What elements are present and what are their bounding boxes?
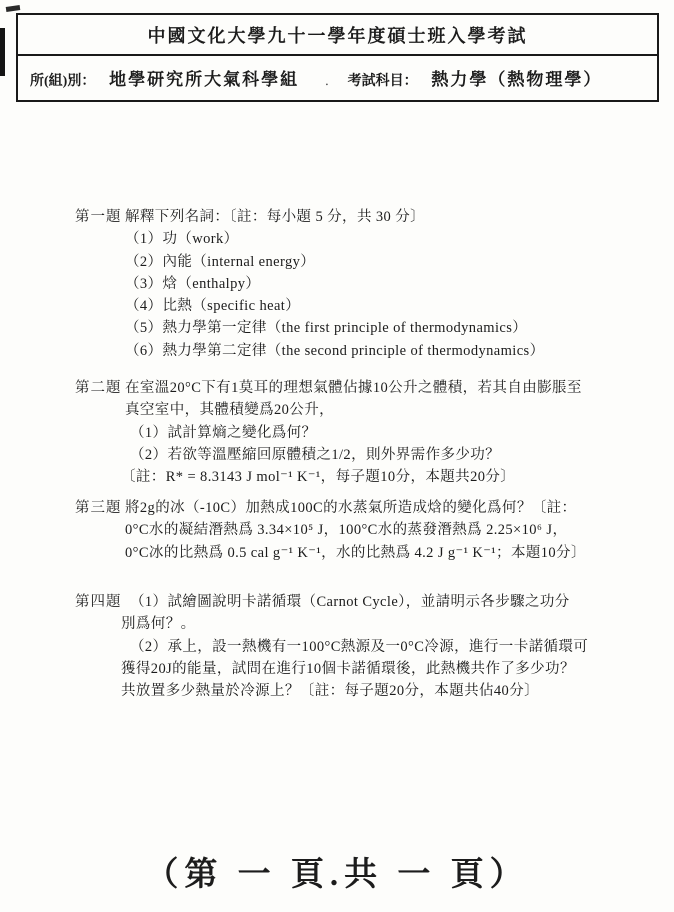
dept-group-value: 地學研究所大氣科學組 [109,70,299,89]
question-4: 第四題 （1）試繪圖說明卡諾循環（Carnot Cycle），並請明示各步驟之功… [75,591,640,702]
question-1-item-1: （1）功（work） [125,228,640,250]
question-4-item-1-cont: 別爲何？。 [121,613,640,635]
page-number-footer: （第 一 頁.共 一 頁） [0,848,674,895]
question-4-item-2-cont2: 共放置多少熱量於冷源上？〔註：每子題20分，本題共佔40分〕 [121,680,640,702]
question-2-item-2: （2）若欲等溫壓縮回原體積之1/2，則外界需作多少功？ [125,444,640,466]
question-2-body: 在室溫20°C下有1莫耳的理想氣體佔據10公升之體積，若其自由膨脹至 真空室中，… [125,377,640,488]
question-1-number: 第一題 [75,206,125,362]
question-1-body: 解釋下列名詞：〔註：每小題 5 分，共 30 分〕 （1）功（work） （2）… [125,206,640,362]
question-1-intro: 解釋下列名詞：〔註：每小題 5 分，共 30 分〕 [125,206,640,228]
question-3: 第三題 將2g的冰（-10C）加熱成100C的水蒸氣所造成焓的變化爲何？〔註： … [75,497,640,564]
question-4-body: （1）試繪圖說明卡諾循環（Carnot Cycle），並請明示各步驟之功分 別爲… [125,591,640,702]
question-3-number: 第三題 [75,497,125,564]
subject-value: 熱力學（熱物理學） [431,70,602,89]
question-3-line-3: 0°C冰的比熱爲 0.5 cal g⁻¹ K⁻¹，水的比熱爲 4.2 J g⁻¹… [125,542,640,564]
question-3-body: 將2g的冰（-10C）加熱成100C的水蒸氣所造成焓的變化爲何？〔註： 0°C水… [125,497,640,564]
question-4-item-1: （1）試繪圖說明卡諾循環（Carnot Cycle），並請明示各步驟之功分 [125,591,640,613]
question-1-item-6: （6）熱力學第二定律（the second principle of therm… [125,340,640,362]
question-1-item-5: （5）熱力學第一定律（the first principle of thermo… [125,317,640,339]
exam-paper-page: 中國文化大學九十一學年度碩士班入學考試 所(組)別： 地學研究所大氣科學組 ． … [0,0,674,912]
scan-corner-artifact [6,5,21,12]
question-2: 第二題 在室溫20°C下有1莫耳的理想氣體佔據10公升之體積，若其自由膨脹至 真… [75,377,640,488]
exam-title: 中國文化大學九十一學年度碩士班入學考試 [18,15,657,56]
question-2-number: 第二題 [75,377,125,488]
question-4-item-2: （2）承上，設一熱機有一100°C熱源及一0°C冷源，進行一卡諾循環可 [125,636,640,658]
dept-group-label: 所(組)別： [30,74,95,89]
scan-edge-artifact [0,28,5,76]
question-2-line-2: 真空室中，其體積變爲20公升， [125,399,640,421]
question-4-number: 第四題 [75,591,125,702]
header-separator-dot: ． [325,73,338,88]
question-1-item-2: （2）內能（internal energy） [125,251,640,273]
question-2-note: 〔註：R* = 8.3143 J mol⁻¹ K⁻¹，每子題10分，本題共20分… [121,466,640,488]
subject-label: 考試科目： [348,74,418,89]
question-1: 第一題 解釋下列名詞：〔註：每小題 5 分，共 30 分〕 （1）功（work）… [75,206,640,362]
question-4-item-2-cont: 獲得20J的能量，試問在進行10個卡諾循環後，此熱機共作了多少功？ [121,658,640,680]
question-3-line-2: 0°C水的凝結潛熱爲 3.34×10⁵ J，100°C水的蒸發潛熱爲 2.25×… [125,519,640,541]
question-2-item-1: （1）試計算熵之變化爲何？ [125,422,640,444]
question-1-item-3: （3）焓（enthalpy） [125,273,640,295]
exam-subheader-row: 所(組)別： 地學研究所大氣科學組 ． 考試科目： 熱力學（熱物理學） [18,56,657,100]
exam-header-box: 中國文化大學九十一學年度碩士班入學考試 所(組)別： 地學研究所大氣科學組 ． … [16,13,659,102]
question-1-item-4: （4）比熱（specific heat） [125,295,640,317]
question-2-line-1: 在室溫20°C下有1莫耳的理想氣體佔據10公升之體積，若其自由膨脹至 [125,377,640,399]
question-3-line-1: 將2g的冰（-10C）加熱成100C的水蒸氣所造成焓的變化爲何？〔註： [125,497,640,519]
